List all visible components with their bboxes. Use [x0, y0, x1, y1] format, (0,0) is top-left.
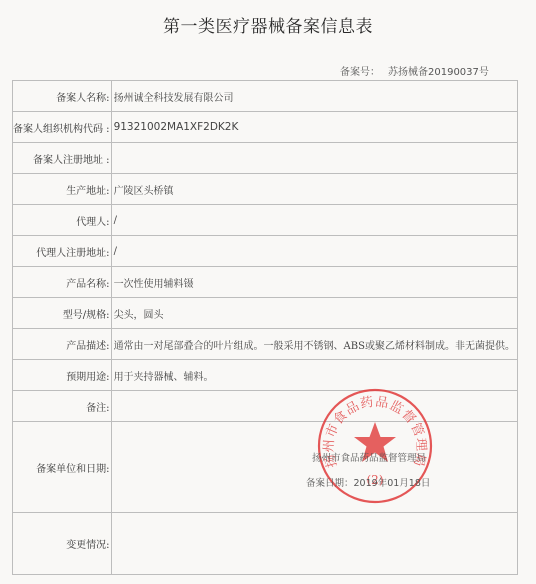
row-label: 变更情况: [13, 513, 112, 575]
row-label: 备案单位和日期: [13, 422, 112, 513]
row-label: 产品名称: [13, 267, 112, 298]
row-value [111, 143, 517, 174]
table-row-remarks: 备注: [13, 391, 518, 422]
row-label: 备注: [13, 391, 112, 422]
row-value: 用于夹持器械、辅料。 [111, 360, 517, 391]
approval-date-label: 备案日期： [306, 478, 354, 489]
approval-date-value: 2019年01月18日 [354, 478, 431, 489]
table-row-production-address: 生产地址: 广陵区头桥镇 [13, 174, 518, 205]
row-value: / [111, 236, 517, 267]
row-label: 备案人组织机构代码 : [13, 112, 112, 143]
table-row-org-code: 备案人组织机构代码 : 91321002MA1XF2DK2K [13, 112, 518, 143]
table-row-changes: 变更情况: [13, 513, 518, 575]
row-value: 一次性使用辅料镊 [111, 267, 517, 298]
filing-number-label: 备案号： [340, 67, 380, 78]
filing-info-table: 备案人名称: 扬州诚全科技发展有限公司 备案人组织机构代码 : 91321002… [12, 80, 518, 575]
table-row-product-description: 产品描述: 通常由一对尾部叠合的叶片组成。一般采用不锈钢、ABS或聚乙烯材料制成… [13, 329, 518, 360]
table-row-agent-address: 代理人注册地址: / [13, 236, 518, 267]
row-value: 尖头，圆头 [111, 298, 517, 329]
row-label: 备案人注册地址 : [13, 143, 112, 174]
table-row-intended-use: 预期用途: 用于夹持器械、辅料。 [13, 360, 518, 391]
row-value: 通常由一对尾部叠合的叶片组成。一般采用不锈钢、ABS或聚乙烯材料制成。非无菌提供… [111, 329, 517, 360]
approval-block: 扬州市食品药品监督管理局 备案日期：2019年01月18日 [312, 450, 430, 489]
row-value: 广陵区头桥镇 [111, 174, 517, 205]
row-value: / [111, 205, 517, 236]
table-row-product-name: 产品名称: 一次性使用辅料镊 [13, 267, 518, 298]
row-value: 91321002MA1XF2DK2K [111, 112, 517, 143]
row-label: 备案人名称: [13, 81, 112, 112]
row-label: 生产地址: [13, 174, 112, 205]
filing-number-value: 苏扬械备20190037号 [388, 67, 489, 78]
row-value [111, 391, 517, 422]
table-row-agent: 代理人: / [13, 205, 518, 236]
row-label: 代理人: [13, 205, 112, 236]
document-title: 第一类医疗器械备案信息表 [0, 12, 536, 37]
table-row-model-spec: 型号/规格: 尖头，圆头 [13, 298, 518, 329]
table-row-registered-address: 备案人注册地址 : [13, 143, 518, 174]
table-row-filer-name: 备案人名称: 扬州诚全科技发展有限公司 [13, 81, 518, 112]
row-label: 型号/规格: [13, 298, 112, 329]
row-value: 扬州诚全科技发展有限公司 [111, 81, 517, 112]
row-label: 预期用途: [13, 360, 112, 391]
table-row-filing-unit-date: 备案单位和日期: [13, 422, 518, 513]
filing-number: 备案号：苏扬械备20190037号 [340, 63, 489, 78]
row-label: 产品描述: [13, 329, 112, 360]
row-value [111, 513, 517, 575]
approval-date-line: 备案日期：2019年01月18日 [306, 475, 430, 489]
row-label: 代理人注册地址: [13, 236, 112, 267]
approval-authority: 扬州市食品药品监督管理局 [312, 450, 430, 464]
